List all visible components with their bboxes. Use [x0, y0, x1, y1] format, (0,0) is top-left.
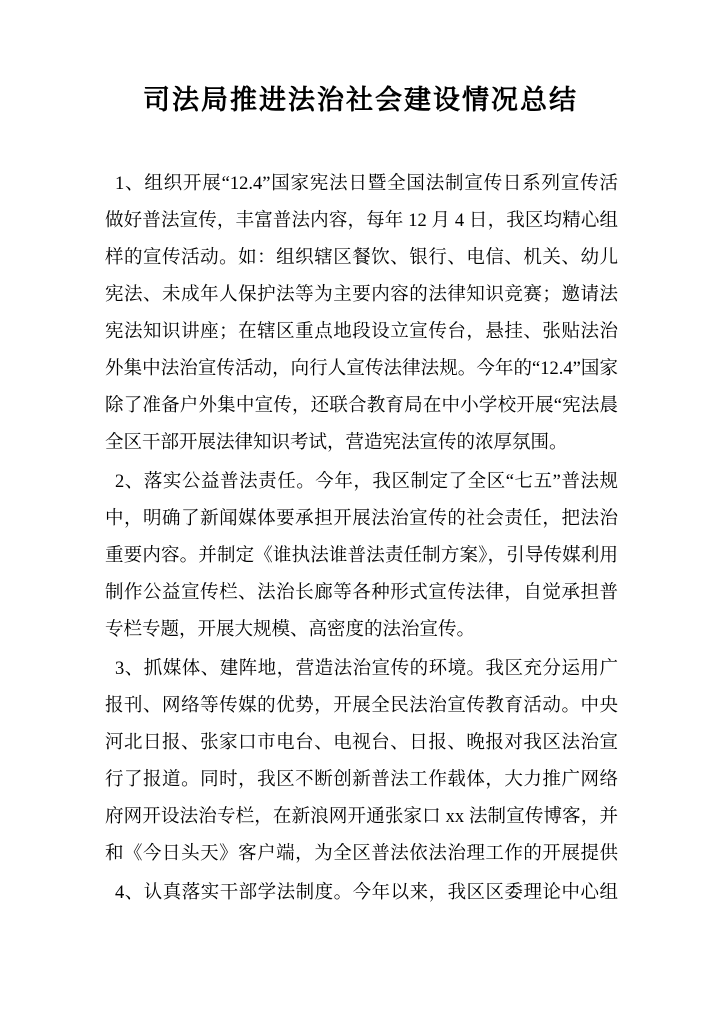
paragraph: 3、抓媒体、建阵地，营造法治宣传的环境。我区充分运用广播、电视、电台、报刊、网络…	[105, 651, 618, 873]
text-line: 宪法、未成年人保护法等为主要内容的法律知识竞赛；邀请法学专家、律师开设	[105, 277, 618, 314]
text-line: 宪法知识讲座；在辖区重点地段设立宣传台，悬挂、张贴法治宣传标语，开展户	[105, 314, 618, 351]
text-line: 重要内容。并制定《谁执法谁普法责任制方案》，引导传媒利用电子屏、宣传车、	[105, 538, 618, 575]
paragraph: 1、组织开展“12.4”国家宪法日暨全国法制宣传日系列宣传活动。为进一步做好普法…	[105, 166, 618, 462]
text-line: 全区干部开展法律知识考试，营造宪法宣传的浓厚氛围。	[105, 425, 618, 462]
text-line: 中，明确了新闻媒体要承担开展法治宣传的社会责任，把法治宣传列入日常宣传	[105, 501, 618, 538]
text-line: 专栏专题，开展大规模、高密度的法治宣传。	[105, 612, 618, 649]
document-body: 1、组织开展“12.4”国家宪法日暨全国法制宣传日系列宣传活动。为进一步做好普法…	[105, 166, 618, 912]
text-line: 制作公益宣传栏、法治长廊等各种形式宣传法律，自觉承担普法社会责任。开设	[105, 575, 618, 612]
text-line: 河北日报、张家口市电台、电视台、日报、晚报对我区法治宣传教育活动纷纷进	[105, 725, 618, 762]
document-page: 司法局推进法治社会建设情况总结 1、组织开展“12.4”国家宪法日暨全国法制宣传…	[0, 0, 721, 1020]
text-line: 1、组织开展“12.4”国家宪法日暨全国法制宣传日系列宣传活动。为进一步	[105, 166, 618, 203]
text-line: 和《今日头天》客户端，为全区普法依法治理工作的开展提供一个更广阔的平台。	[105, 836, 618, 873]
text-line: 府网开设法治专栏，在新浪网开通张家口 xx 法制宣传博客，并入驻《一点资讯》	[105, 799, 618, 836]
text-line: 报刊、网络等传媒的优势，开展全民法治宣传教育活动。中央电视台、新华网、	[105, 688, 618, 725]
text-line: 除了准备户外集中宣传，还联合教育局在中小学校开展“宪法晨读”活动，组织	[105, 388, 618, 425]
text-line: 行了报道。同时，我区不断创新普法工作载体，大力推广网络普法，在 xx 区政	[105, 762, 618, 799]
text-line: 样的宣传活动。如：组织辖区餐饮、银行、电信、机关、幼儿园等单位，开展以	[105, 240, 618, 277]
document-title: 司法局推进法治社会建设情况总结	[0, 82, 721, 118]
text-line: 4、认真落实干部学法制度。今年以来，我区区委理论中心组分别就宪法、依法	[105, 875, 618, 912]
text-line: 2、落实公益普法责任。今年，我区制定了全区“七五”普法规划，在工作措施	[105, 464, 618, 501]
text-line: 外集中法治宣传活动，向行人宣传法律法规。今年的“12.4”国家宪法日，我区	[105, 351, 618, 388]
text-line: 3、抓媒体、建阵地，营造法治宣传的环境。我区充分运用广播、电视、电台、	[105, 651, 618, 688]
text-line: 做好普法宣传，丰富普法内容，每年 12 月 4 日，我区均精心组织一系列形式多	[105, 203, 618, 240]
paragraph: 2、落实公益普法责任。今年，我区制定了全区“七五”普法规划，在工作措施中，明确了…	[105, 464, 618, 649]
paragraph: 4、认真落实干部学法制度。今年以来，我区区委理论中心组分别就宪法、依法	[105, 875, 618, 912]
